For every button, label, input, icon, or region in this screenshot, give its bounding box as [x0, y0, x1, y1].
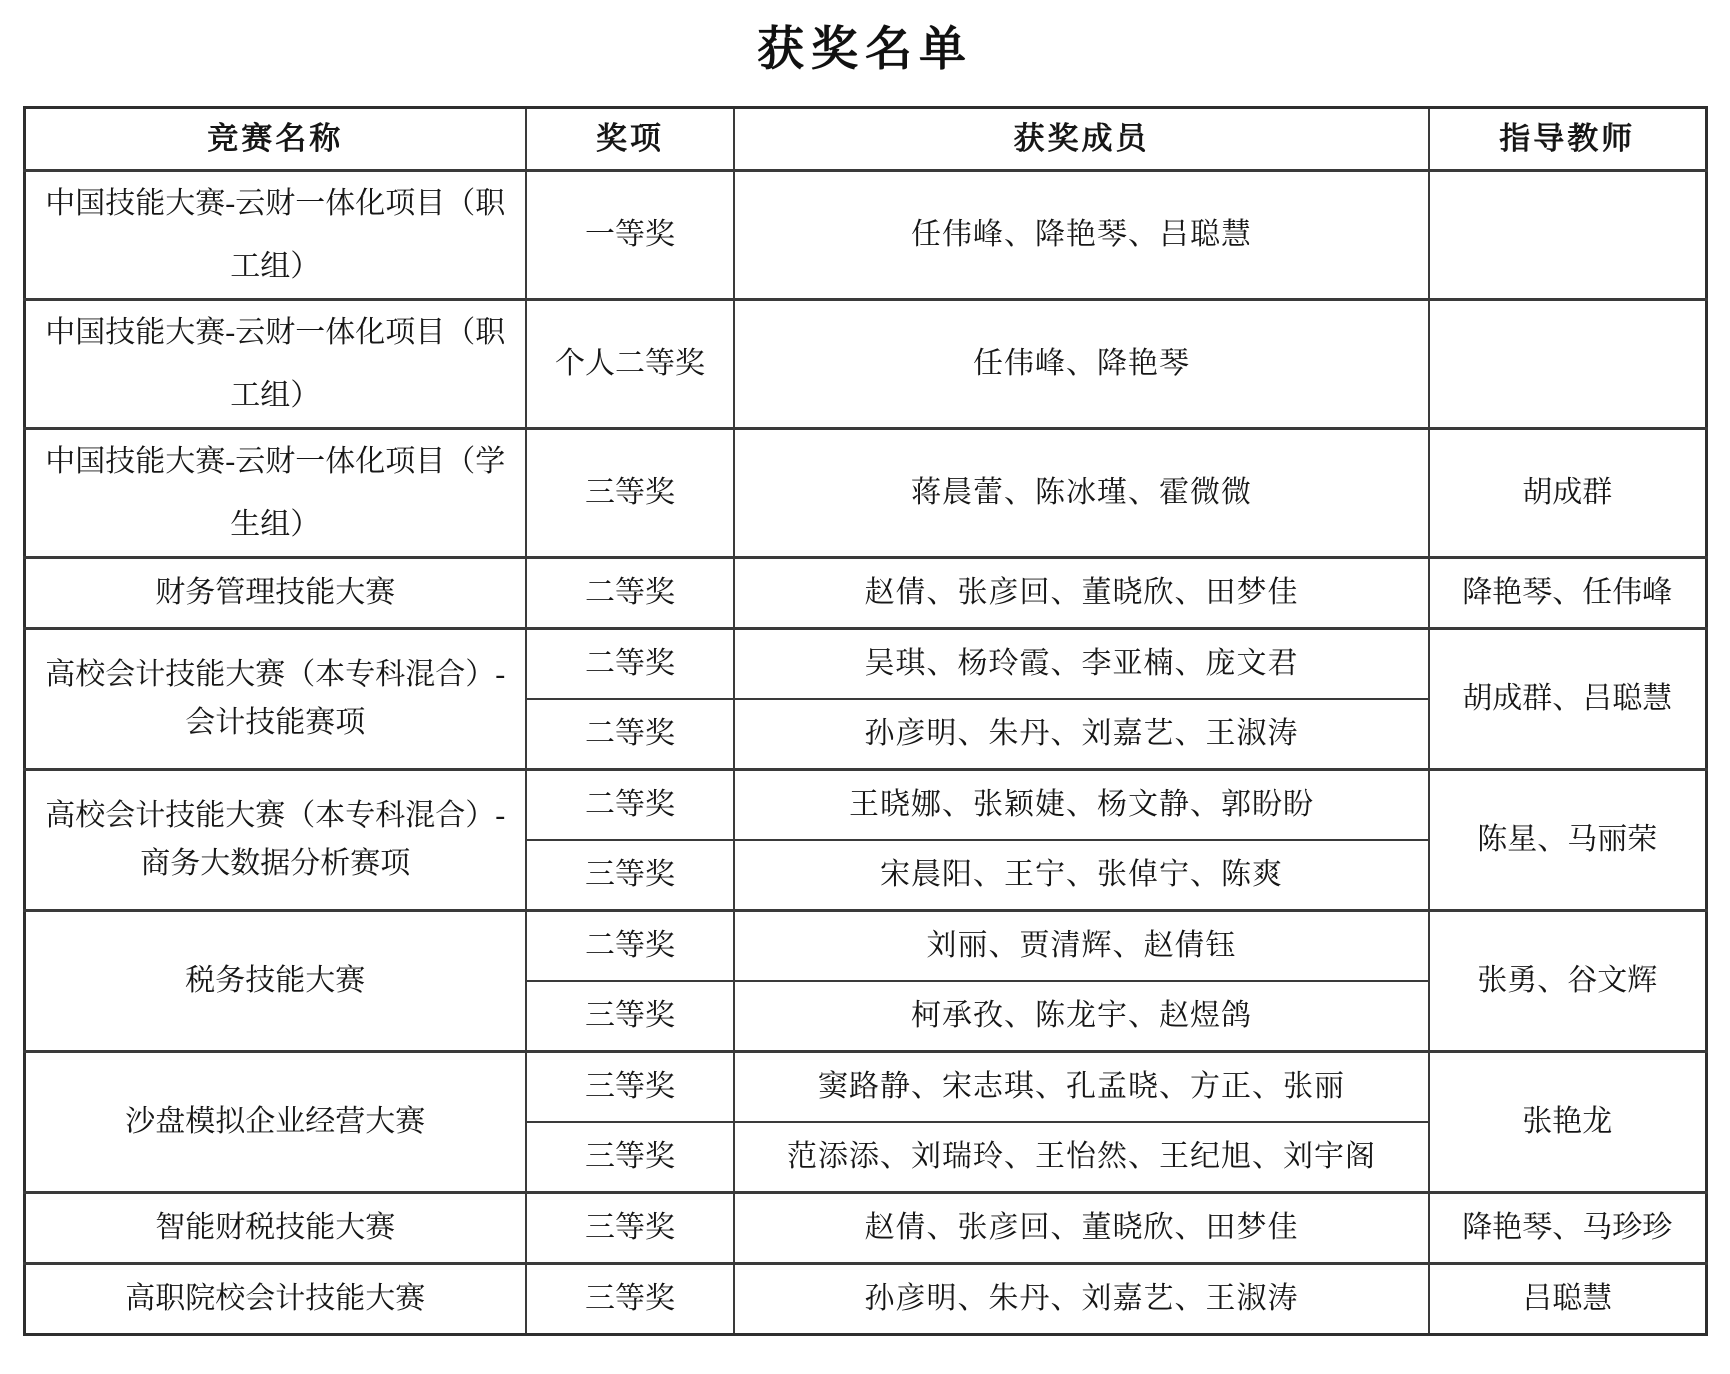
- competition-cell: 中国技能大赛-云财一体化项目（职工组）: [24, 171, 526, 300]
- header-members: 获奖成员: [734, 108, 1429, 171]
- header-row: 竞赛名称 奖项 获奖成员 指导教师: [24, 108, 1706, 171]
- competition-cell: 高职院校会计技能大赛: [24, 1264, 526, 1335]
- award-cell: 三等奖: [526, 981, 734, 1052]
- members-cell: 孙彦明、朱丹、刘嘉艺、王淑涛: [734, 699, 1429, 770]
- table-row: 财务管理技能大赛 二等奖 赵倩、张彦回、董晓欣、田梦佳 降艳琴、任伟峰: [24, 558, 1706, 629]
- award-cell: 一等奖: [526, 171, 734, 300]
- competition-cell: 沙盘模拟企业经营大赛: [24, 1052, 526, 1193]
- header-teachers: 指导教师: [1429, 108, 1706, 171]
- members-cell: 窦路静、宋志琪、孔孟晓、方正、张丽: [734, 1052, 1429, 1123]
- members-cell: 孙彦明、朱丹、刘嘉艺、王淑涛: [734, 1264, 1429, 1335]
- teachers-cell: 吕聪慧: [1429, 1264, 1706, 1335]
- members-cell: 赵倩、张彦回、董晓欣、田梦佳: [734, 1193, 1429, 1264]
- award-cell: 个人二等奖: [526, 300, 734, 429]
- members-cell: 蒋晨蕾、陈冰瑾、霍微微: [734, 429, 1429, 558]
- teachers-cell: 胡成群、吕聪慧: [1429, 629, 1706, 770]
- award-cell: 三等奖: [526, 429, 734, 558]
- competition-cell: 高校会计技能大赛（本专科混合）-会计技能赛项: [24, 629, 526, 770]
- awards-table: 竞赛名称 奖项 获奖成员 指导教师 中国技能大赛-云财一体化项目（职工组） 一等…: [23, 106, 1708, 1336]
- table-row: 税务技能大赛 二等奖 刘丽、贾清辉、赵倩钰 张勇、谷文辉: [24, 911, 1706, 982]
- table-row: 高职院校会计技能大赛 三等奖 孙彦明、朱丹、刘嘉艺、王淑涛 吕聪慧: [24, 1264, 1706, 1335]
- members-cell: 王晓娜、张颖婕、杨文静、郭盼盼: [734, 770, 1429, 841]
- teachers-cell: 降艳琴、马珍珍: [1429, 1193, 1706, 1264]
- teachers-cell: 张艳龙: [1429, 1052, 1706, 1193]
- competition-cell: 智能财税技能大赛: [24, 1193, 526, 1264]
- members-cell: 柯承孜、陈龙宇、赵煜鸽: [734, 981, 1429, 1052]
- teachers-cell: 降艳琴、任伟峰: [1429, 558, 1706, 629]
- table-row: 中国技能大赛-云财一体化项目（职工组） 个人二等奖 任伟峰、降艳琴: [24, 300, 1706, 429]
- teachers-cell: 张勇、谷文辉: [1429, 911, 1706, 1052]
- award-cell: 二等奖: [526, 911, 734, 982]
- table-row: 沙盘模拟企业经营大赛 三等奖 窦路静、宋志琪、孔孟晓、方正、张丽 张艳龙: [24, 1052, 1706, 1123]
- members-cell: 任伟峰、降艳琴: [734, 300, 1429, 429]
- award-cell: 二等奖: [526, 629, 734, 700]
- members-cell: 范添添、刘瑞玲、王怡然、王纪旭、刘宇阁: [734, 1122, 1429, 1193]
- award-cell: 三等奖: [526, 1264, 734, 1335]
- competition-cell: 财务管理技能大赛: [24, 558, 526, 629]
- members-cell: 任伟峰、降艳琴、吕聪慧: [734, 171, 1429, 300]
- members-cell: 赵倩、张彦回、董晓欣、田梦佳: [734, 558, 1429, 629]
- award-cell: 二等奖: [526, 558, 734, 629]
- document-page: 获奖名单 竞赛名称 奖项 获奖成员 指导教师 中国技能大赛-云财一体化项目（职工…: [0, 0, 1730, 1374]
- teachers-cell: 胡成群: [1429, 429, 1706, 558]
- table-row: 中国技能大赛-云财一体化项目（职工组） 一等奖 任伟峰、降艳琴、吕聪慧: [24, 171, 1706, 300]
- award-cell: 三等奖: [526, 1122, 734, 1193]
- header-award: 奖项: [526, 108, 734, 171]
- award-cell: 二等奖: [526, 770, 734, 841]
- competition-cell: 高校会计技能大赛（本专科混合）-商务大数据分析赛项: [24, 770, 526, 911]
- page-title: 获奖名单: [0, 0, 1730, 79]
- competition-cell: 中国技能大赛-云财一体化项目（职工组）: [24, 300, 526, 429]
- award-cell: 三等奖: [526, 1052, 734, 1123]
- table-row: 中国技能大赛-云财一体化项目（学生组） 三等奖 蒋晨蕾、陈冰瑾、霍微微 胡成群: [24, 429, 1706, 558]
- header-competition: 竞赛名称: [24, 108, 526, 171]
- table-row: 智能财税技能大赛 三等奖 赵倩、张彦回、董晓欣、田梦佳 降艳琴、马珍珍: [24, 1193, 1706, 1264]
- award-cell: 三等奖: [526, 1193, 734, 1264]
- teachers-cell: [1429, 171, 1706, 300]
- members-cell: 刘丽、贾清辉、赵倩钰: [734, 911, 1429, 982]
- members-cell: 吴琪、杨玲霞、李亚楠、庞文君: [734, 629, 1429, 700]
- table-row: 高校会计技能大赛（本专科混合）-商务大数据分析赛项 二等奖 王晓娜、张颖婕、杨文…: [24, 770, 1706, 841]
- competition-cell: 中国技能大赛-云财一体化项目（学生组）: [24, 429, 526, 558]
- teachers-cell: [1429, 300, 1706, 429]
- award-cell: 二等奖: [526, 699, 734, 770]
- members-cell: 宋晨阳、王宁、张倬宁、陈爽: [734, 840, 1429, 911]
- competition-cell: 税务技能大赛: [24, 911, 526, 1052]
- table-row: 高校会计技能大赛（本专科混合）-会计技能赛项 二等奖 吴琪、杨玲霞、李亚楠、庞文…: [24, 629, 1706, 700]
- award-cell: 三等奖: [526, 840, 734, 911]
- teachers-cell: 陈星、马丽荣: [1429, 770, 1706, 911]
